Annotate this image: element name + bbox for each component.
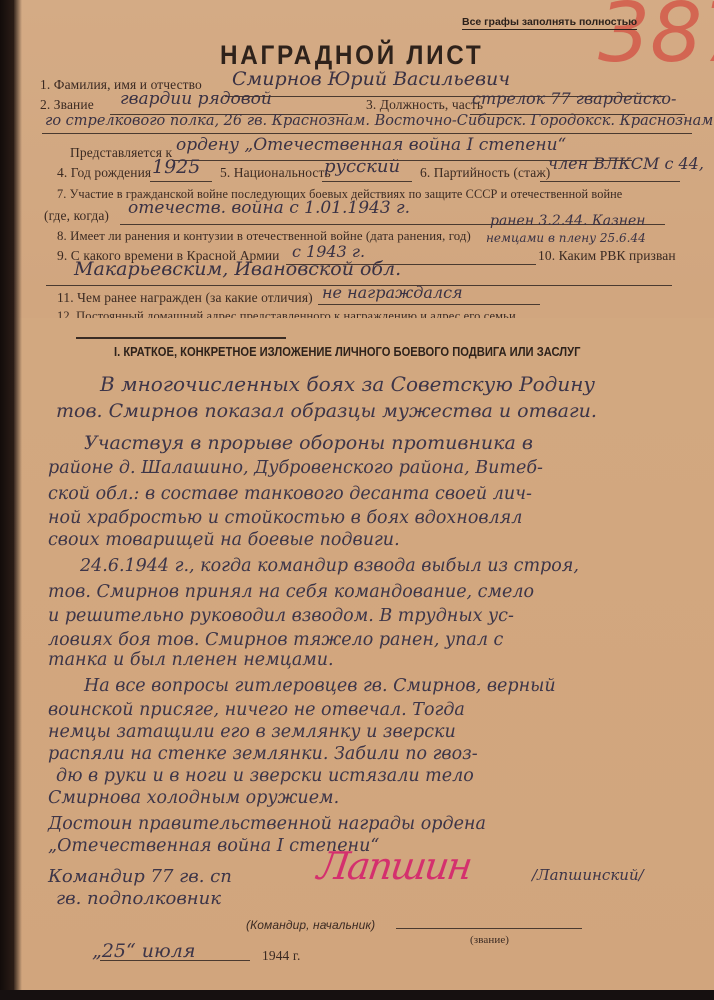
narrative-line-2: тов. Смирнов показал образцы мужества и … <box>56 400 597 422</box>
fill-all-fields-notice: Все графы заполнять полностью <box>462 16 637 30</box>
archive-number-mark: 387 <box>598 0 714 81</box>
narrative-line-18: Смирнова холодным оружием. <box>48 788 339 808</box>
field-nationality-value: русский <box>324 156 400 177</box>
narrative-line-10: и решительно руководил взводом. В трудны… <box>48 606 514 626</box>
presented-for-value: ордену „Отечественная война I степени“ <box>176 135 566 155</box>
narrative-line-3: Участвуя в прорыве обороны противника в <box>84 432 533 454</box>
field-position-value-cont: го стрелкового полка, 26 гв. Краснознам.… <box>45 113 714 129</box>
narrative-line-5: ской обл.: в составе танкового десанта с… <box>48 484 532 504</box>
field-birth-year-value: 1925 <box>152 156 200 178</box>
commander-signature: Лапшин <box>315 844 474 888</box>
field-participation-label-where: (где, когда) <box>44 208 109 224</box>
commander-title-line1: Командир 77 гв. сп <box>48 866 232 887</box>
date-day-month: „25“ июля <box>92 940 195 962</box>
field-position-value: стрелок 77 гвардейско- <box>472 89 676 108</box>
field-wounds-value: ранен 3.2.44. Казнен <box>490 213 645 229</box>
field-wounds-label: 8. Имеет ли ранения и контузии в отечест… <box>57 229 471 244</box>
commander-caption: (Командир, начальник) <box>246 918 375 932</box>
narrative-line-8: 24.6.1944 г., когда командир взвода выбы… <box>80 556 579 576</box>
narrative-line-6: ной храбростью и стойкостью в боях вдохн… <box>48 508 522 528</box>
narrative-line-15: немцы затащили его в землянку и зверски <box>48 722 456 742</box>
field-rank-label: 2. Звание <box>40 97 94 113</box>
commander-signature-name: /Лапшинский/ <box>532 866 644 884</box>
narrative-line-1: В многочисленных боях за Советскую Родин… <box>100 372 595 396</box>
narrative-line-14: воинской присяге, ничего не отвечал. Тог… <box>48 700 465 720</box>
narrative-line-9: тов. Смирнов принял на себя командование… <box>48 582 534 602</box>
field-name-value: Смирнов Юрий Васильевич <box>232 68 510 90</box>
scan-bottom-edge <box>0 990 714 1000</box>
field-wounds-value-cont: немцами в плену 25.6.44 <box>486 231 646 245</box>
narrative-line-19: Достоин правительственной награды ордена <box>48 814 486 834</box>
field-previous-awards-value: не награждался <box>322 283 463 302</box>
field-nationality-label: 5. Национальность <box>220 165 331 181</box>
field-previous-awards-label: 11. Чем ранее награжден (за какие отличи… <box>57 290 313 306</box>
narrative-line-7: своих товарищей на боевые подвиги. <box>48 530 400 550</box>
field-party-label: 6. Партийность (стаж) <box>420 165 550 181</box>
narrative-line-12: танка и был пленен немцами. <box>48 650 334 670</box>
commander-title-line2: гв. подполковник <box>56 888 221 909</box>
field-conscription-office-label: 10. Каким РВК призван <box>538 248 676 264</box>
narrative-line-11: ловиях боя тов. Смирнов тяжело ранен, уп… <box>48 630 503 650</box>
field-party-value: член ВЛКСМ с 44, <box>548 154 704 173</box>
field-conscription-office-value: Макарьевским, Ивановской обл. <box>74 258 401 280</box>
field-rank-value: гвардии рядовой <box>120 89 272 109</box>
page-title: НАГРАДНОЙ ЛИСТ <box>220 40 483 71</box>
narrative-line-16: распяли на стенке землянки. Забили по гв… <box>48 744 478 764</box>
section-separator <box>76 337 286 339</box>
field-home-address-label: 12. Постоянный домашний адрес представле… <box>57 309 516 318</box>
rank-caption: (звание) <box>470 934 509 946</box>
narrative-line-13: На все вопросы гитлеровцев гв. Смирнов, … <box>84 676 556 696</box>
field-participation-value: отечеств. война с 1.01.1943 г. <box>128 198 410 218</box>
date-year: 1944 г. <box>262 948 300 964</box>
field-position-label: 3. Должность, часть <box>366 97 483 113</box>
narrative-line-4: районе д. Шалашино, Дубровенского района… <box>48 458 543 478</box>
field-birth-year-label: 4. Год рождения <box>57 165 151 181</box>
section-1-heading: I. КРАТКОЕ, КОНКРЕТНОЕ ИЗЛОЖЕНИЕ ЛИЧНОГО… <box>114 344 580 359</box>
scan-dark-edge <box>0 0 22 1000</box>
narrative-line-17: дю в руки и в ноги и зверски истязали те… <box>56 766 474 786</box>
